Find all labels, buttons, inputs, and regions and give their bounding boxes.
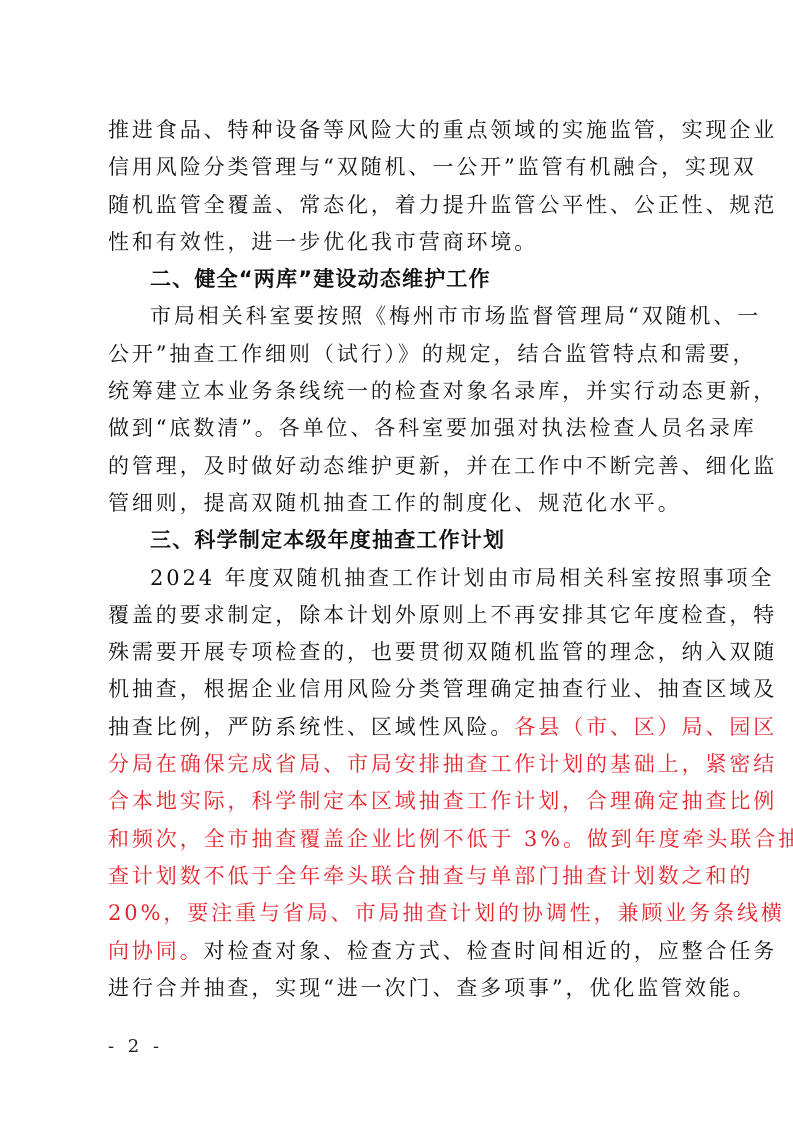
paragraph-line: 公开”抽查工作细则（试行）》的规定，结合监管特点和需要， [108, 336, 702, 373]
page-number: - 2 - [108, 1036, 163, 1057]
text-highlight-red: 各县（市、区）局、园区 [514, 715, 777, 739]
paragraph-line: 统筹建立本业务条线统一的检查对象名录库，并实行动态更新， [108, 373, 702, 410]
paragraph-line: 管细则，提高双随机抽查工作的制度化、规范化水平。 [108, 485, 702, 522]
paragraph-line-red: 合本地实际，科学制定本区域抽查工作计划，合理确定抽查比例 [108, 783, 702, 820]
paragraph-line: 抽查比例，严防系统性、区域性风险。各县（市、区）局、园区 [108, 709, 702, 746]
paragraph-line: 信用风险分类管理与“双随机、一公开”监管有机融合，实现双 [108, 149, 702, 186]
document-body: 推进食品、特种设备等风险大的重点领域的实施监管，实现企业 信用风险分类管理与“双… [108, 112, 702, 1007]
paragraph-line: 性和有效性，进一步优化我市营商环境。 [108, 224, 702, 261]
paragraph-line: 市局相关科室要按照《梅州市市场监督管理局“双随机、一 [108, 298, 702, 335]
paragraph-line: 做到“底数清”。各单位、各科室要加强对执法检查人员名录库 [108, 410, 702, 447]
paragraph-line-red: 查计划数不低于全年牵头联合抽查与单部门抽查计划数之和的 [108, 858, 702, 895]
paragraph-line: 机抽查，根据企业信用风险分类管理确定抽查行业、抽查区域及 [108, 671, 702, 708]
paragraph-line: 的管理，及时做好动态维护更新，并在工作中不断完善、细化监 [108, 448, 702, 485]
section-heading-3: 三、科学制定本级年度抽查工作计划 [108, 522, 702, 559]
document-page: 推进食品、特种设备等风险大的重点领域的实施监管，实现企业 信用风险分类管理与“双… [0, 0, 793, 1122]
section-heading-2: 二、健全“两库”建设动态维护工作 [108, 261, 702, 298]
text-black: 对检查对象、检查方式、检查时间相近的，应整合任务 [204, 939, 778, 963]
paragraph-line: 进行合并抽查，实现“进一次门、查多项事”，优化监管效能。 [108, 970, 702, 1007]
paragraph-line: 随机监管全覆盖、常态化，着力提升监管公平性、公正性、规范 [108, 187, 702, 224]
text-highlight-red: 向协同。 [108, 939, 204, 963]
paragraph-line: 殊需要开展专项检查的，也要贯彻双随机监管的理念，纳入双随 [108, 634, 702, 671]
paragraph-line-red: 20%，要注重与省局、市局抽查计划的协调性，兼顾业务条线横 [108, 895, 702, 932]
paragraph-line: 推进食品、特种设备等风险大的重点领域的实施监管，实现企业 [108, 112, 702, 149]
paragraph-line-red: 分局在确保完成省局、市局安排抽查工作计划的基础上，紧密结 [108, 746, 702, 783]
paragraph-line: 2024 年度双随机抽查工作计划由市局相关科室按照事项全 [108, 560, 702, 597]
paragraph-line-red: 和频次，全市抽查覆盖企业比例不低于 3%。做到年度牵头联合抽 [108, 821, 702, 858]
text-black: 抽查比例，严防系统性、区域性风险。 [108, 715, 514, 739]
paragraph-line: 覆盖的要求制定，除本计划外原则上不再安排其它年度检查，特 [108, 597, 702, 634]
paragraph-line: 向协同。对检查对象、检查方式、检查时间相近的，应整合任务 [108, 933, 702, 970]
